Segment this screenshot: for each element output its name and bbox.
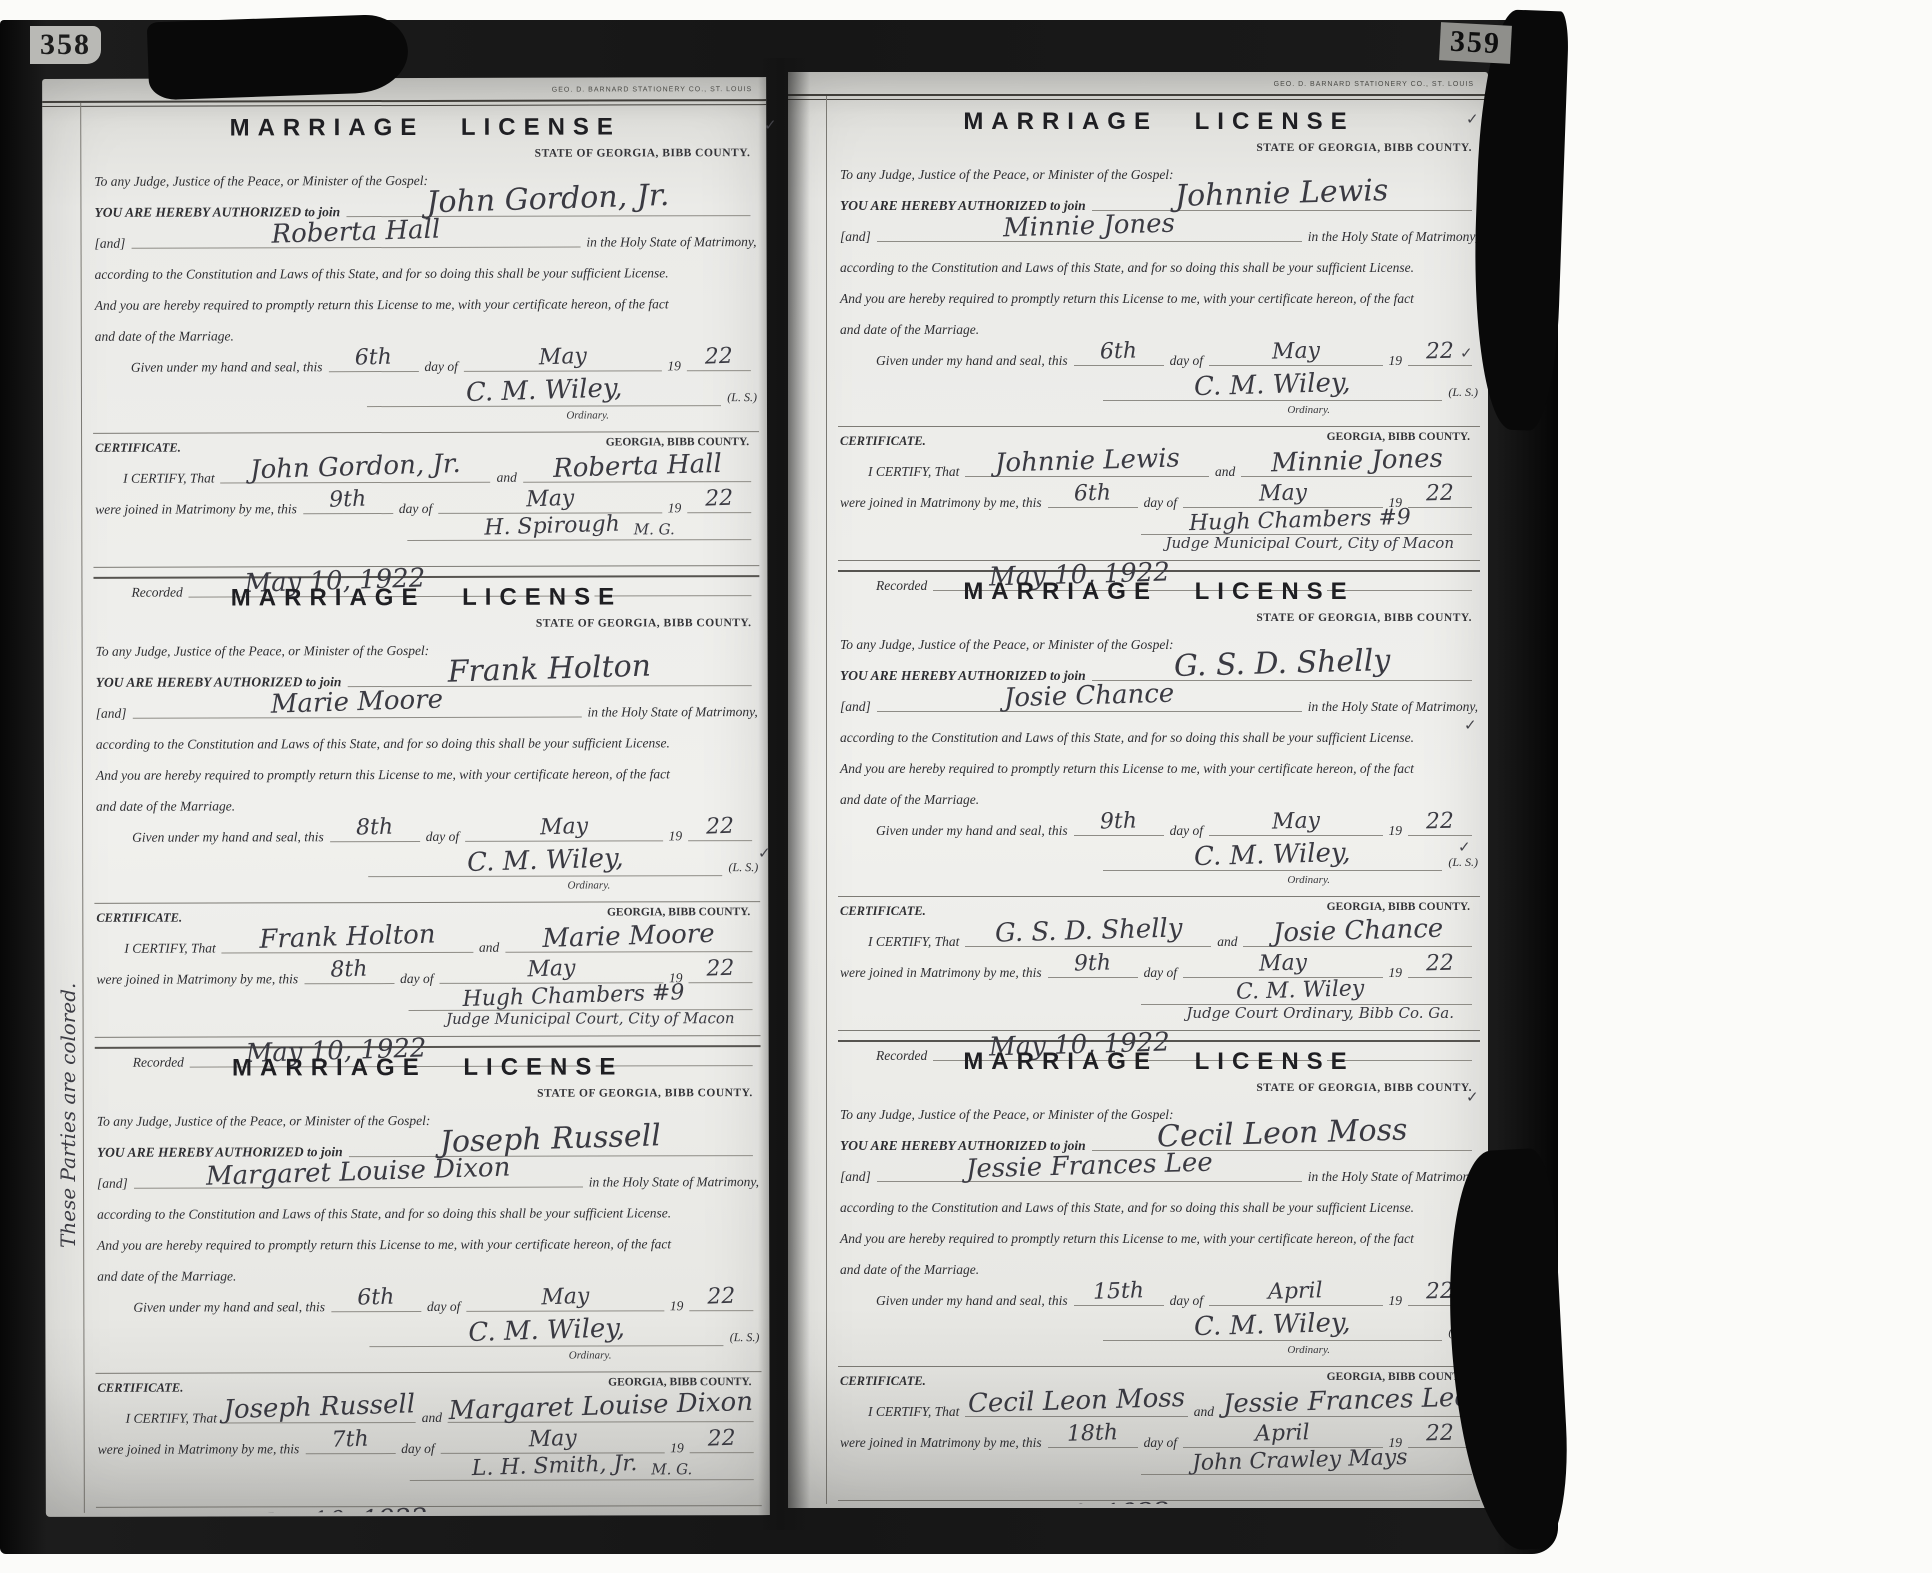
marriage-license-record: MARRIAGE LICENSE STATE OF GEORGIA, BIBB … — [93, 577, 760, 1049]
and-text: and — [479, 940, 499, 956]
bride-name: Margaret Louise Dixon — [206, 1157, 511, 1187]
and-text: and — [497, 470, 517, 486]
seal-text: (L. S.) — [1448, 385, 1478, 404]
officiant-signature: John Crawley Mays — [1192, 1449, 1408, 1473]
bride-name: Roberta Hall — [271, 220, 440, 246]
page-head-rule — [42, 99, 766, 107]
cert-bride-name: Minnie Jones — [1270, 449, 1442, 475]
cert-day: 6th — [1074, 484, 1111, 503]
certificate-label: CERTIFICATE. — [840, 434, 926, 449]
recorded-date: May 10, 1922 — [989, 1502, 1170, 1504]
joined-text: were joined in Matrimony by me, this — [96, 971, 298, 988]
matrimony-text: in the Holy State of Matrimony, — [1308, 699, 1478, 715]
ordinary-signature: C. M. Wiley, — [467, 848, 624, 874]
certify-text: I CERTIFY, That — [868, 934, 959, 950]
certify-text: I CERTIFY, That — [868, 1404, 959, 1420]
certificate-label: CERTIFICATE. — [98, 1381, 184, 1396]
and-text: and — [1194, 1404, 1214, 1420]
certificate-label: CERTIFICATE. — [95, 441, 181, 456]
check-mark: ✓ — [1464, 716, 1477, 734]
state-county-line: STATE OF GEORGIA, BIBB COUNTY. — [535, 147, 751, 160]
bride-name: Marie Moore — [271, 690, 444, 716]
record-title: MARRIAGE LICENSE — [838, 108, 1480, 142]
officiant-signature: Hugh Chambers #9 — [463, 984, 685, 1008]
groom-name: G. S. D. Shelly — [1173, 649, 1390, 679]
torn-edge-top — [147, 13, 410, 100]
bride-name: Jessie Frances Lee — [966, 1153, 1213, 1181]
cert-state-county: GEORGIA, BIBB COUNTY. — [1327, 431, 1470, 443]
license-day: 6th — [1100, 342, 1137, 361]
and-text: and — [1217, 934, 1237, 950]
license-body-line: according to the Constitution and Laws o… — [840, 730, 1414, 746]
year-prefix: 19 — [1389, 353, 1403, 369]
license-body-line: and date of the Marriage. — [840, 1262, 979, 1278]
record-title: MARRIAGE LICENSE — [93, 583, 759, 619]
cert-year: 22 — [707, 1430, 736, 1448]
license-body-line: according to the Constitution and Laws o… — [840, 260, 1414, 276]
license-month: April — [1268, 1282, 1323, 1301]
cert-day: 8th — [330, 961, 368, 980]
state-county-line: STATE OF GEORGIA, BIBB COUNTY. — [537, 1087, 753, 1100]
certificate-section: GEORGIA, BIBB COUNTY. CERTIFICATE. I CER… — [838, 1366, 1480, 1492]
page-head-rule — [788, 94, 1488, 100]
certify-text: I CERTIFY, That — [126, 1410, 217, 1426]
cert-month: May — [527, 960, 576, 979]
license-year: 22 — [1426, 343, 1454, 361]
given-under-text: Given under my hand and seal, this — [132, 829, 324, 846]
cert-groom-name: John Gordon, Jr. — [250, 454, 461, 481]
cert-year: 22 — [706, 960, 735, 978]
check-mark: ✓ — [758, 844, 771, 862]
printer-imprint: GEO. D. BARNARD STATIONERY CO., ST. LOUI… — [552, 86, 752, 94]
page-number-left: 358 — [30, 26, 101, 64]
marriage-license-record: MARRIAGE LICENSE STATE OF GEORGIA, BIBB … — [838, 1042, 1480, 1504]
state-county-line: STATE OF GEORGIA, BIBB COUNTY. — [1256, 142, 1472, 154]
check-mark: ✓ — [1458, 838, 1471, 856]
license-body-line: And you are hereby required to promptly … — [95, 296, 669, 314]
cert-day: 9th — [329, 491, 367, 510]
license-body-line: And you are hereby required to promptly … — [97, 1236, 671, 1254]
certify-text: I CERTIFY, That — [868, 464, 959, 480]
certificate-section: GEORGIA, BIBB COUNTY. CERTIFICATE. I CER… — [96, 1371, 762, 1499]
license-body-line: And you are hereby required to promptly … — [840, 1231, 1414, 1247]
certificate-section: GEORGIA, BIBB COUNTY. CERTIFICATE. I CER… — [838, 426, 1480, 552]
officiant-title-line: Judge Municipal Court, City of Macon — [446, 1009, 735, 1028]
bride-name: Josie Chance — [1004, 684, 1175, 710]
cert-day: 9th — [1074, 954, 1111, 973]
cert-day: 7th — [332, 1431, 370, 1450]
marriage-license-record: MARRIAGE LICENSE STATE OF GEORGIA, BIBB … — [838, 572, 1480, 1042]
and-bracket: [and] — [97, 1176, 128, 1192]
record-title: MARRIAGE LICENSE — [838, 578, 1480, 612]
state-county-line: STATE OF GEORGIA, BIBB COUNTY. — [1256, 612, 1472, 624]
salutation-text: To any Judge, Justice of the Peace, or M… — [94, 173, 428, 190]
seal-text: (L. S.) — [727, 390, 757, 409]
license-body-line: And you are hereby required to promptly … — [840, 291, 1414, 307]
cert-month: April — [1255, 1424, 1310, 1443]
year-prefix: 19 — [669, 828, 683, 844]
day-of-text: day of — [1170, 823, 1203, 839]
year-prefix: 19 — [667, 358, 681, 374]
cert-month: May — [526, 490, 575, 509]
marriage-license-record: MARRIAGE LICENSE STATE OF GEORGIA, BIBB … — [95, 1047, 762, 1513]
cert-month: May — [528, 1430, 577, 1449]
marriage-license-record: MARRIAGE LICENSE STATE OF GEORGIA, BIBB … — [838, 102, 1480, 572]
certificate-label: CERTIFICATE. — [96, 911, 182, 926]
year-prefix: 19 — [670, 1298, 684, 1314]
groom-name: Joseph Russell — [440, 1124, 662, 1155]
salutation-text: To any Judge, Justice of the Peace, or M… — [840, 167, 1174, 183]
page-margin-rule — [826, 96, 827, 1504]
year-prefix: 19 — [1389, 823, 1403, 839]
and-bracket: [and] — [840, 699, 871, 715]
day-of-text: day of — [1170, 1293, 1203, 1309]
license-day: 6th — [357, 1289, 395, 1308]
certify-text: I CERTIFY, That — [123, 471, 214, 487]
salutation-text: To any Judge, Justice of the Peace, or M… — [96, 643, 430, 660]
officiant-signature: L. H. Smith, Jr. — [471, 1455, 637, 1478]
cert-state-county: GEORGIA, BIBB COUNTY. — [1327, 901, 1470, 913]
matrimony-text: in the Holy State of Matrimony, — [1308, 1169, 1478, 1185]
seal-text: (L. S.) — [1448, 855, 1478, 874]
cert-bride-name: Margaret Louise Dixon — [448, 1392, 753, 1422]
license-body-line: and date of the Marriage. — [97, 1268, 236, 1284]
year-prefix: 19 — [1389, 965, 1403, 981]
certificate-section: GEORGIA, BIBB COUNTY. CERTIFICATE. I CER… — [94, 901, 760, 1029]
joined-text: were joined in Matrimony by me, this — [840, 965, 1042, 981]
check-mark: ✓ — [1460, 344, 1473, 362]
joined-text: were joined in Matrimony by me, this — [840, 495, 1042, 511]
cert-bride-name: Jessie Frances Lee — [1222, 1388, 1469, 1416]
matrimony-text: in the Holy State of Matrimony, — [589, 1174, 759, 1190]
cert-bride-name: Roberta Hall — [552, 454, 721, 480]
register-page-right: GEO. D. BARNARD STATIONERY CO., ST. LOUI… — [788, 72, 1488, 1508]
margin-annotation: These Parties are colored. — [56, 983, 80, 1248]
license-month: May — [1271, 812, 1320, 831]
license-body-line: and date of the Marriage. — [840, 792, 979, 808]
year-prefix: 19 — [668, 500, 682, 516]
scanned-register-spread: { "scan": { "margin_note": "These Partie… — [0, 0, 1932, 1573]
officiant-suffix: M. G. — [651, 1460, 692, 1478]
joined-text: were joined in Matrimony by me, this — [95, 501, 297, 518]
and-bracket: [and] — [95, 236, 126, 252]
bride-name: Minnie Jones — [1003, 214, 1175, 240]
officiant-suffix: M. G. — [634, 520, 675, 538]
license-day: 15th — [1093, 1282, 1144, 1301]
recorded-date: May 10, 1922 — [247, 1508, 428, 1512]
cert-year: 22 — [1426, 1425, 1454, 1443]
day-of-text: day of — [1170, 353, 1203, 369]
given-under-text: Given under my hand and seal, this — [876, 353, 1068, 369]
salutation-text: To any Judge, Justice of the Peace, or M… — [97, 1113, 431, 1130]
year-prefix: 19 — [670, 1440, 684, 1456]
ordinary-title: Ordinary. — [1287, 404, 1330, 416]
day-of-text: day of — [424, 359, 457, 375]
license-body-line: and date of the Marriage. — [840, 322, 979, 338]
license-body-line: and date of the Marriage. — [95, 328, 234, 344]
joined-text: were joined in Matrimony by me, this — [98, 1441, 300, 1458]
license-day: 9th — [1100, 812, 1137, 831]
cert-state-county: GEORGIA, BIBB COUNTY. — [606, 436, 749, 448]
ordinary-signature: C. M. Wiley, — [468, 1318, 625, 1344]
record-title: MARRIAGE LICENSE — [838, 1048, 1480, 1082]
seal-text: (L. S.) — [728, 860, 758, 879]
certificate-label: CERTIFICATE. — [840, 1374, 926, 1389]
officiant-signature: H. Spirough — [484, 516, 620, 538]
matrimony-text: in the Holy State of Matrimony, — [1308, 229, 1478, 245]
cert-groom-name: Joseph Russell — [223, 1394, 415, 1421]
license-body-line: according to the Constitution and Laws o… — [97, 1205, 671, 1223]
cert-groom-name: Frank Holton — [259, 924, 436, 950]
check-mark: ✓ — [1466, 110, 1479, 128]
cert-groom-name: Johnnie Lewis — [995, 448, 1180, 474]
and-text: and — [1215, 464, 1235, 480]
matrimony-text: in the Holy State of Matrimony, — [588, 704, 758, 720]
year-prefix: 19 — [1389, 1293, 1403, 1309]
and-bracket: [and] — [840, 1169, 871, 1185]
cert-day: 18th — [1067, 1424, 1118, 1443]
officiant-signature: C. M. Wiley — [1235, 980, 1364, 1001]
check-mark: ✓ — [764, 116, 777, 134]
cert-groom-name: Cecil Leon Moss — [968, 1388, 1186, 1415]
groom-name: Frank Holton — [448, 655, 652, 685]
page-margin-rule — [80, 103, 85, 1513]
ordinary-title: Ordinary. — [566, 409, 609, 421]
groom-name: John Gordon, Jr. — [427, 184, 671, 215]
license-body-line: according to the Constitution and Laws o… — [96, 735, 670, 753]
officiant-title-line: Judge Municipal Court, City of Macon — [1165, 534, 1454, 552]
ordinary-title: Ordinary. — [568, 879, 611, 891]
and-bracket: [and] — [96, 706, 127, 722]
certificate-label: CERTIFICATE. — [840, 904, 926, 919]
day-of-text: day of — [1144, 965, 1177, 981]
cert-year: 22 — [705, 490, 734, 508]
ordinary-signature: C. M. Wiley, — [1194, 843, 1351, 868]
ordinary-title: Ordinary. — [1287, 874, 1330, 886]
salutation-text: To any Judge, Justice of the Peace, or M… — [840, 637, 1174, 653]
day-of-text: day of — [1144, 495, 1177, 511]
state-county-line: STATE OF GEORGIA, BIBB COUNTY. — [536, 617, 752, 630]
license-year: 22 — [706, 818, 735, 836]
license-day: 8th — [356, 819, 394, 838]
matrimony-text: in the Holy State of Matrimony, — [586, 234, 756, 250]
license-year: 22 — [707, 1288, 736, 1306]
day-of-text: day of — [1144, 1435, 1177, 1451]
license-body-line: and date of the Marriage. — [96, 798, 235, 814]
check-mark: ✓ — [1466, 1088, 1479, 1106]
ordinary-signature: C. M. Wiley, — [1194, 373, 1351, 398]
license-month: May — [540, 818, 589, 837]
license-month: May — [541, 1288, 590, 1307]
license-year: 22 — [1426, 813, 1454, 831]
license-day: 6th — [355, 349, 393, 368]
day-of-text: day of — [427, 1299, 460, 1315]
ordinary-signature: C. M. Wiley, — [466, 378, 623, 404]
cert-month: May — [1258, 484, 1307, 503]
cert-state-county: GEORGIA, BIBB COUNTY. — [607, 906, 750, 918]
given-under-text: Given under my hand and seal, this — [876, 823, 1068, 839]
ordinary-title: Ordinary. — [569, 1349, 612, 1361]
license-body-line: according to the Constitution and Laws o… — [95, 265, 669, 283]
officiant-signature: Hugh Chambers #9 — [1188, 509, 1410, 533]
state-county-line: STATE OF GEORGIA, BIBB COUNTY. — [1256, 1082, 1472, 1094]
day-of-text: day of — [401, 1441, 434, 1457]
day-of-text: day of — [426, 829, 459, 845]
groom-name: Johnnie Lewis — [1175, 179, 1389, 209]
certificate-section: GEORGIA, BIBB COUNTY. CERTIFICATE. I CER… — [838, 896, 1480, 1022]
printer-imprint: GEO. D. BARNARD STATIONERY CO., ST. LOUI… — [1274, 81, 1474, 88]
certificate-section: GEORGIA, BIBB COUNTY. CERTIFICATE. I CER… — [93, 431, 759, 559]
joined-text: were joined in Matrimony by me, this — [840, 1435, 1042, 1451]
ordinary-signature: C. M. Wiley, — [1194, 1313, 1351, 1338]
cert-bride-name: Marie Moore — [542, 924, 715, 950]
record-title: MARRIAGE LICENSE — [92, 113, 758, 149]
marriage-license-record: MARRIAGE LICENSE STATE OF GEORGIA, BIBB … — [92, 107, 759, 579]
and-bracket: [and] — [840, 229, 871, 245]
license-month: May — [538, 348, 587, 367]
certify-text: I CERTIFY, That — [124, 940, 215, 956]
cert-year: 22 — [1426, 485, 1454, 503]
cert-bride-name: Josie Chance — [1272, 919, 1443, 945]
license-month: May — [1271, 342, 1320, 361]
day-of-text: day of — [399, 501, 432, 517]
cert-state-county: GEORGIA, BIBB COUNTY. — [1327, 1371, 1470, 1383]
cert-month: May — [1258, 954, 1307, 973]
officiant-title-line: Judge Court Ordinary, Bibb Co. Ga. — [1186, 1004, 1454, 1022]
salutation-text: To any Judge, Justice of the Peace, or M… — [840, 1107, 1174, 1123]
day-of-text: day of — [400, 971, 433, 987]
ordinary-title: Ordinary. — [1287, 1344, 1330, 1356]
given-under-text: Given under my hand and seal, this — [133, 1299, 325, 1316]
record-title: MARRIAGE LICENSE — [95, 1053, 761, 1089]
cert-year: 22 — [1426, 955, 1454, 973]
register-page-left: GEO. D. BARNARD STATIONERY CO., ST. LOUI… — [42, 77, 770, 1517]
cert-groom-name: G. S. D. Shelly — [994, 918, 1182, 944]
license-body-line: according to the Constitution and Laws o… — [840, 1200, 1414, 1216]
given-under-text: Given under my hand and seal, this — [131, 359, 323, 376]
license-year: 22 — [705, 348, 734, 366]
page-number-right: 359 — [1439, 22, 1512, 64]
and-text: and — [422, 1410, 442, 1426]
groom-name: Cecil Leon Moss — [1156, 1119, 1407, 1150]
license-body-line: And you are hereby required to promptly … — [840, 761, 1414, 777]
license-body-line: And you are hereby required to promptly … — [96, 766, 670, 784]
given-under-text: Given under my hand and seal, this — [876, 1293, 1068, 1309]
seal-text: (L. S.) — [730, 1330, 760, 1349]
